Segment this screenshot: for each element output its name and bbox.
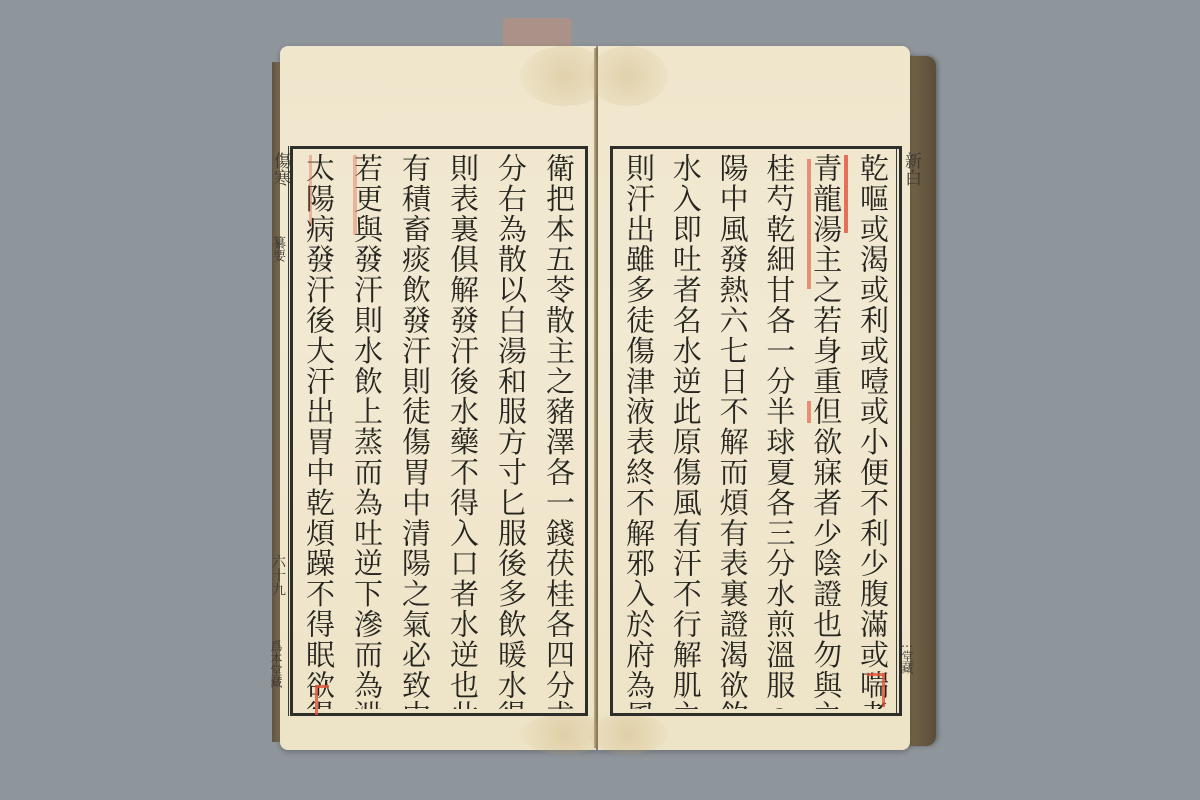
page-number: 六十九 xyxy=(268,554,288,596)
text-column: 衛把本五苓散主之豬澤各一錢茯桂各四分朮六 xyxy=(537,153,581,709)
text-column: 乾嘔或渴或利或噎或小便不利少腹滿或喘者小 xyxy=(851,153,895,709)
left-page-margin: 傷寒 纂要 六十九 爲本堂藏 xyxy=(266,146,289,716)
left-page-columns: 衛把本五苓散主之豬澤各一錢茯桂各四分朮六 分右為散以白湯和服方寸匕服後多飲暖水得… xyxy=(297,153,581,709)
right-page-text-frame: 乾嘔或渴或利或噎或小便不利少腹滿或喘者小 青龍湯主之若身重但欲寐者少陰證也勿與之… xyxy=(610,146,902,716)
red-corner-mark xyxy=(315,685,318,715)
red-annotation-mark xyxy=(309,155,312,225)
text-column: 有積畜痰飲發汗則徒傷胃中清陽之氣必致中滿 xyxy=(393,153,437,709)
margin-section: 纂要 xyxy=(268,236,287,262)
margin-title: 新白 xyxy=(899,152,924,186)
left-page-text-frame: 衛把本五苓散主之豬澤各一錢茯桂各四分朮六 分右為散以白湯和服方寸匕服後多飲暖水得… xyxy=(290,146,588,716)
water-stain xyxy=(588,714,668,754)
text-column: 則表裏俱解發汗後水藥不得入口者水逆也此原 xyxy=(441,153,485,709)
text-column: 分右為散以白湯和服方寸匕服後多飲暖水得汗 xyxy=(489,153,533,709)
red-annotation-mark xyxy=(353,155,357,235)
text-column: 則汗出雖多徒傷津液表終不解邪入於府為風傷 xyxy=(617,153,661,709)
text-column: 桂芍乾細甘各一分半球夏各三分水煎溫服○太 xyxy=(757,153,801,709)
right-page: 新白 …堂藏 乾嘔或渴或利或噎或小便不利少腹滿或喘者小 青龍湯主之若身重但欲寐者… xyxy=(598,46,910,750)
margin-footer: 爲本堂藏 xyxy=(268,640,285,688)
red-annotation-mark xyxy=(844,155,848,233)
red-annotation-mark xyxy=(807,401,811,423)
left-page: 傷寒 纂要 六十九 爲本堂藏 衛把本五苓散主之豬澤各一錢茯桂各四分朮六 分右為散… xyxy=(280,46,596,750)
red-annotation-mark xyxy=(807,159,811,289)
red-corner-mark xyxy=(882,673,885,707)
text-column: 太陽病發汗後大汗出胃中乾煩躁不得眠欲得飲 xyxy=(297,153,341,709)
text-column: 水入即吐者名水逆此原傷風有汗不行解肌之法 xyxy=(664,153,708,709)
text-column: 若更與發汗則水飲上蒸而為吐逆下滲而為泄利 xyxy=(345,153,389,709)
water-stain xyxy=(588,46,668,106)
text-column: 陽中風發熱六七日不解而煩有表裏證渴欲飲水 xyxy=(711,153,755,709)
right-page-columns: 乾嘔或渴或利或噎或小便不利少腹滿或喘者小 青龍湯主之若身重但欲寐者少陰證也勿與之… xyxy=(617,153,895,709)
